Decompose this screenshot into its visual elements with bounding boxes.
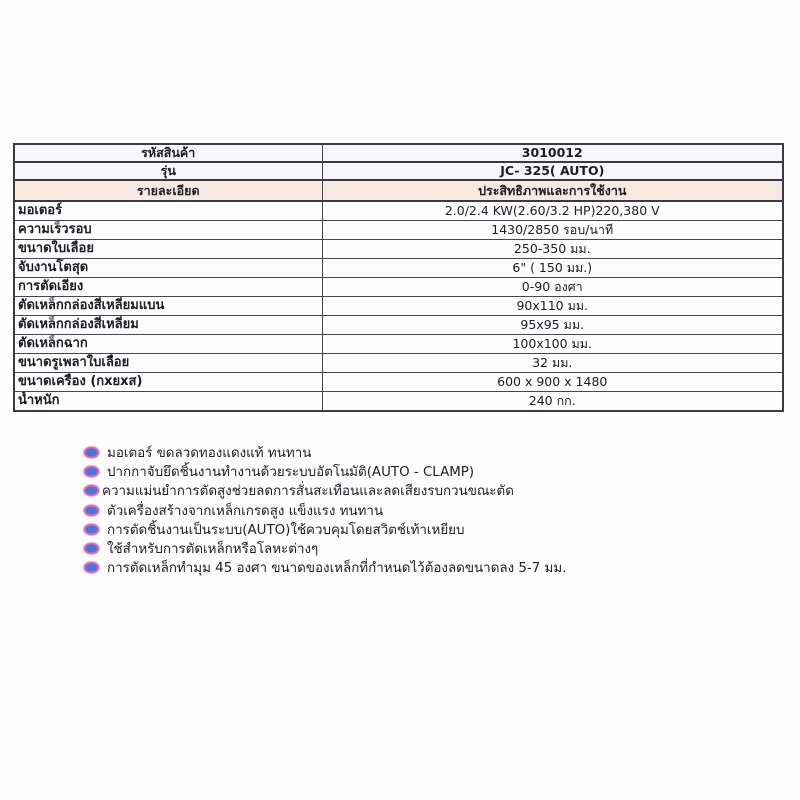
column-header-row: รายละเอียด ประสิทธิภาพและการใช้งาน xyxy=(14,180,783,201)
feature-list: มอเตอร์ ขดลวดทองแดงแท้ ทนทาน ปากกาจับยึด… xyxy=(84,443,566,577)
feature-text: มอเตอร์ ขดลวดทองแดงแท้ ทนทาน xyxy=(107,442,311,463)
spec-value: 240 กก. xyxy=(322,392,783,412)
spec-value: 2.0/2.4 KW(2.60/3.2 HP)220,380 V xyxy=(322,201,783,221)
feature-text: การตัดเหล็กทำมุม 45 องศา ขนาดของเหล็กที่… xyxy=(107,557,566,578)
model-label: รุ่น xyxy=(14,162,322,180)
spec-label: ขนาดรูเพลาใบเลื่อย xyxy=(14,354,322,373)
spec-table: รหัสสินค้า 3010012 รุ่น JC- 325( AUTO) ร… xyxy=(13,143,784,412)
spec-label: ตัดเหล็กกล่องสี่เหลี่ยมแบน xyxy=(14,297,322,316)
table-row: จับงานโตสุด 6" ( 150 มม.) xyxy=(14,259,783,278)
spec-value: 100x100 มม. xyxy=(322,335,783,354)
feature-item: ความแม่นยำการตัดสูงช่วยลดการสั่นสะเทือนแ… xyxy=(84,481,566,500)
product-code-label: รหัสสินค้า xyxy=(14,144,322,162)
spec-label: มอเตอร์ xyxy=(14,201,322,221)
spec-value: 0-90 องศา xyxy=(322,278,783,297)
feature-item: มอเตอร์ ขดลวดทองแดงแท้ ทนทาน xyxy=(84,443,566,462)
oval-bullet-icon xyxy=(84,543,99,554)
feature-text: ปากกาจับยึดชิ้นงานทำงานด้วยระบบอัตโนมัติ… xyxy=(107,461,474,482)
model-value: JC- 325( AUTO) xyxy=(322,162,783,180)
feature-item: ใช้สำหรับการตัดเหล็กหรือโลหะต่างๆ xyxy=(84,539,566,558)
oval-bullet-icon xyxy=(84,447,99,458)
oval-bullet-icon xyxy=(84,485,99,496)
table-row: การตัดเอียง 0-90 องศา xyxy=(14,278,783,297)
table-row: ตัดเหล็กกล่องสี่เหลี่ยม 95x95 มม. xyxy=(14,316,783,335)
table-row: มอเตอร์ 2.0/2.4 KW(2.60/3.2 HP)220,380 V xyxy=(14,201,783,221)
spec-value: 95x95 มม. xyxy=(322,316,783,335)
oval-bullet-icon xyxy=(84,505,99,516)
oval-bullet-icon xyxy=(84,562,99,573)
spec-value: 250-350 มม. xyxy=(322,240,783,259)
spec-label: ความเร็วรอบ xyxy=(14,221,322,240)
product-code-value: 3010012 xyxy=(322,144,783,162)
spec-label: การตัดเอียง xyxy=(14,278,322,297)
table-row: ขนาดใบเลื่อย 250-350 มม. xyxy=(14,240,783,259)
spec-label: ตัดเหล็กกล่องสี่เหลี่ยม xyxy=(14,316,322,335)
table-row: ขนาดรูเพลาใบเลื่อย 32 มม. xyxy=(14,354,783,373)
performance-column-header: ประสิทธิภาพและการใช้งาน xyxy=(322,180,783,201)
feature-item: ปากกาจับยึดชิ้นงานทำงานด้วยระบบอัตโนมัติ… xyxy=(84,462,566,481)
product-code-row: รหัสสินค้า 3010012 xyxy=(14,144,783,162)
feature-text: ใช้สำหรับการตัดเหล็กหรือโลหะต่างๆ xyxy=(107,538,318,559)
feature-text: ตัวเครื่องสร้างจากเหล็กเกรดสูง แข็งแรง ท… xyxy=(107,500,383,521)
spec-label: ขนาดเครื่อง (กxยxส) xyxy=(14,373,322,392)
model-row: รุ่น JC- 325( AUTO) xyxy=(14,162,783,180)
feature-text: ความแม่นยำการตัดสูงช่วยลดการสั่นสะเทือนแ… xyxy=(102,480,514,501)
spec-value: 6" ( 150 มม.) xyxy=(322,259,783,278)
spec-label: จับงานโตสุด xyxy=(14,259,322,278)
details-column-header: รายละเอียด xyxy=(14,180,322,201)
table-row: ตัดเหล็กกล่องสี่เหลี่ยมแบน 90x110 มม. xyxy=(14,297,783,316)
table-row: น้ำหนัก 240 กก. xyxy=(14,392,783,412)
spec-label: น้ำหนัก xyxy=(14,392,322,412)
feature-item: ตัวเครื่องสร้างจากเหล็กเกรดสูง แข็งแรง ท… xyxy=(84,501,566,520)
oval-bullet-icon xyxy=(84,524,99,535)
oval-bullet-icon xyxy=(84,466,99,477)
feature-item: การตัดชิ้นงานเป็นระบบ(AUTO)ใช้ควบคุมโดยส… xyxy=(84,520,566,539)
spec-value: 90x110 มม. xyxy=(322,297,783,316)
spec-label: ขนาดใบเลื่อย xyxy=(14,240,322,259)
table-row: ขนาดเครื่อง (กxยxส) 600 x 900 x 1480 xyxy=(14,373,783,392)
spec-label: ตัดเหล็กฉาก xyxy=(14,335,322,354)
feature-text: การตัดชิ้นงานเป็นระบบ(AUTO)ใช้ควบคุมโดยส… xyxy=(107,519,465,540)
table-row: ตัดเหล็กฉาก 100x100 มม. xyxy=(14,335,783,354)
spec-value: 1430/2850 รอบ/นาที xyxy=(322,221,783,240)
feature-item: การตัดเหล็กทำมุม 45 องศา ขนาดของเหล็กที่… xyxy=(84,558,566,577)
spec-value: 600 x 900 x 1480 xyxy=(322,373,783,392)
spec-value: 32 มม. xyxy=(322,354,783,373)
table-row: ความเร็วรอบ 1430/2850 รอบ/นาที xyxy=(14,221,783,240)
